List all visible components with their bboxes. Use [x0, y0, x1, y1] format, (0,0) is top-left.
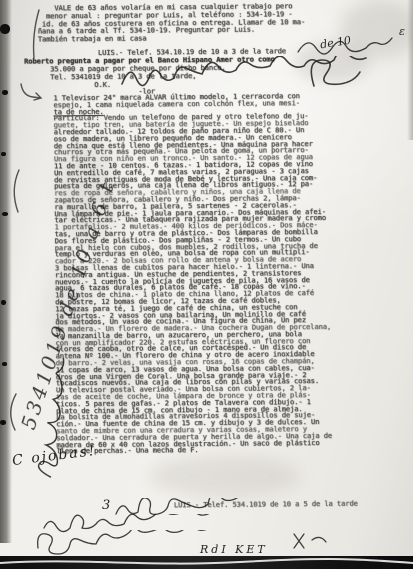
inventory-list: 1 Televisor 24" marca ALVAR último model… — [53, 92, 386, 455]
ok-mark: O.K. — [94, 80, 111, 89]
pen-mark-paren — [8, 168, 22, 214]
signature-scrawl — [118, 56, 393, 92]
pen-mark-paren — [4, 392, 20, 432]
pen-scrawl-top-right — [296, 34, 396, 58]
text-line: También trabaja en mi casa — [38, 33, 305, 43]
handwritten-corner-mark: ε — [399, 25, 405, 38]
handwritten-bottom-prefix: 3 — [102, 498, 110, 513]
pen-mark-slash — [28, 8, 42, 60]
typed-header-block: VALE de 63 años volaría en mi casa cualq… — [38, 2, 306, 43]
scanned-document-page: VALE de 63 años volaría en mi casa cualq… — [0, 0, 413, 569]
bottom-scrawl-line3 — [32, 530, 362, 556]
pen-mark-arrow — [18, 82, 44, 102]
